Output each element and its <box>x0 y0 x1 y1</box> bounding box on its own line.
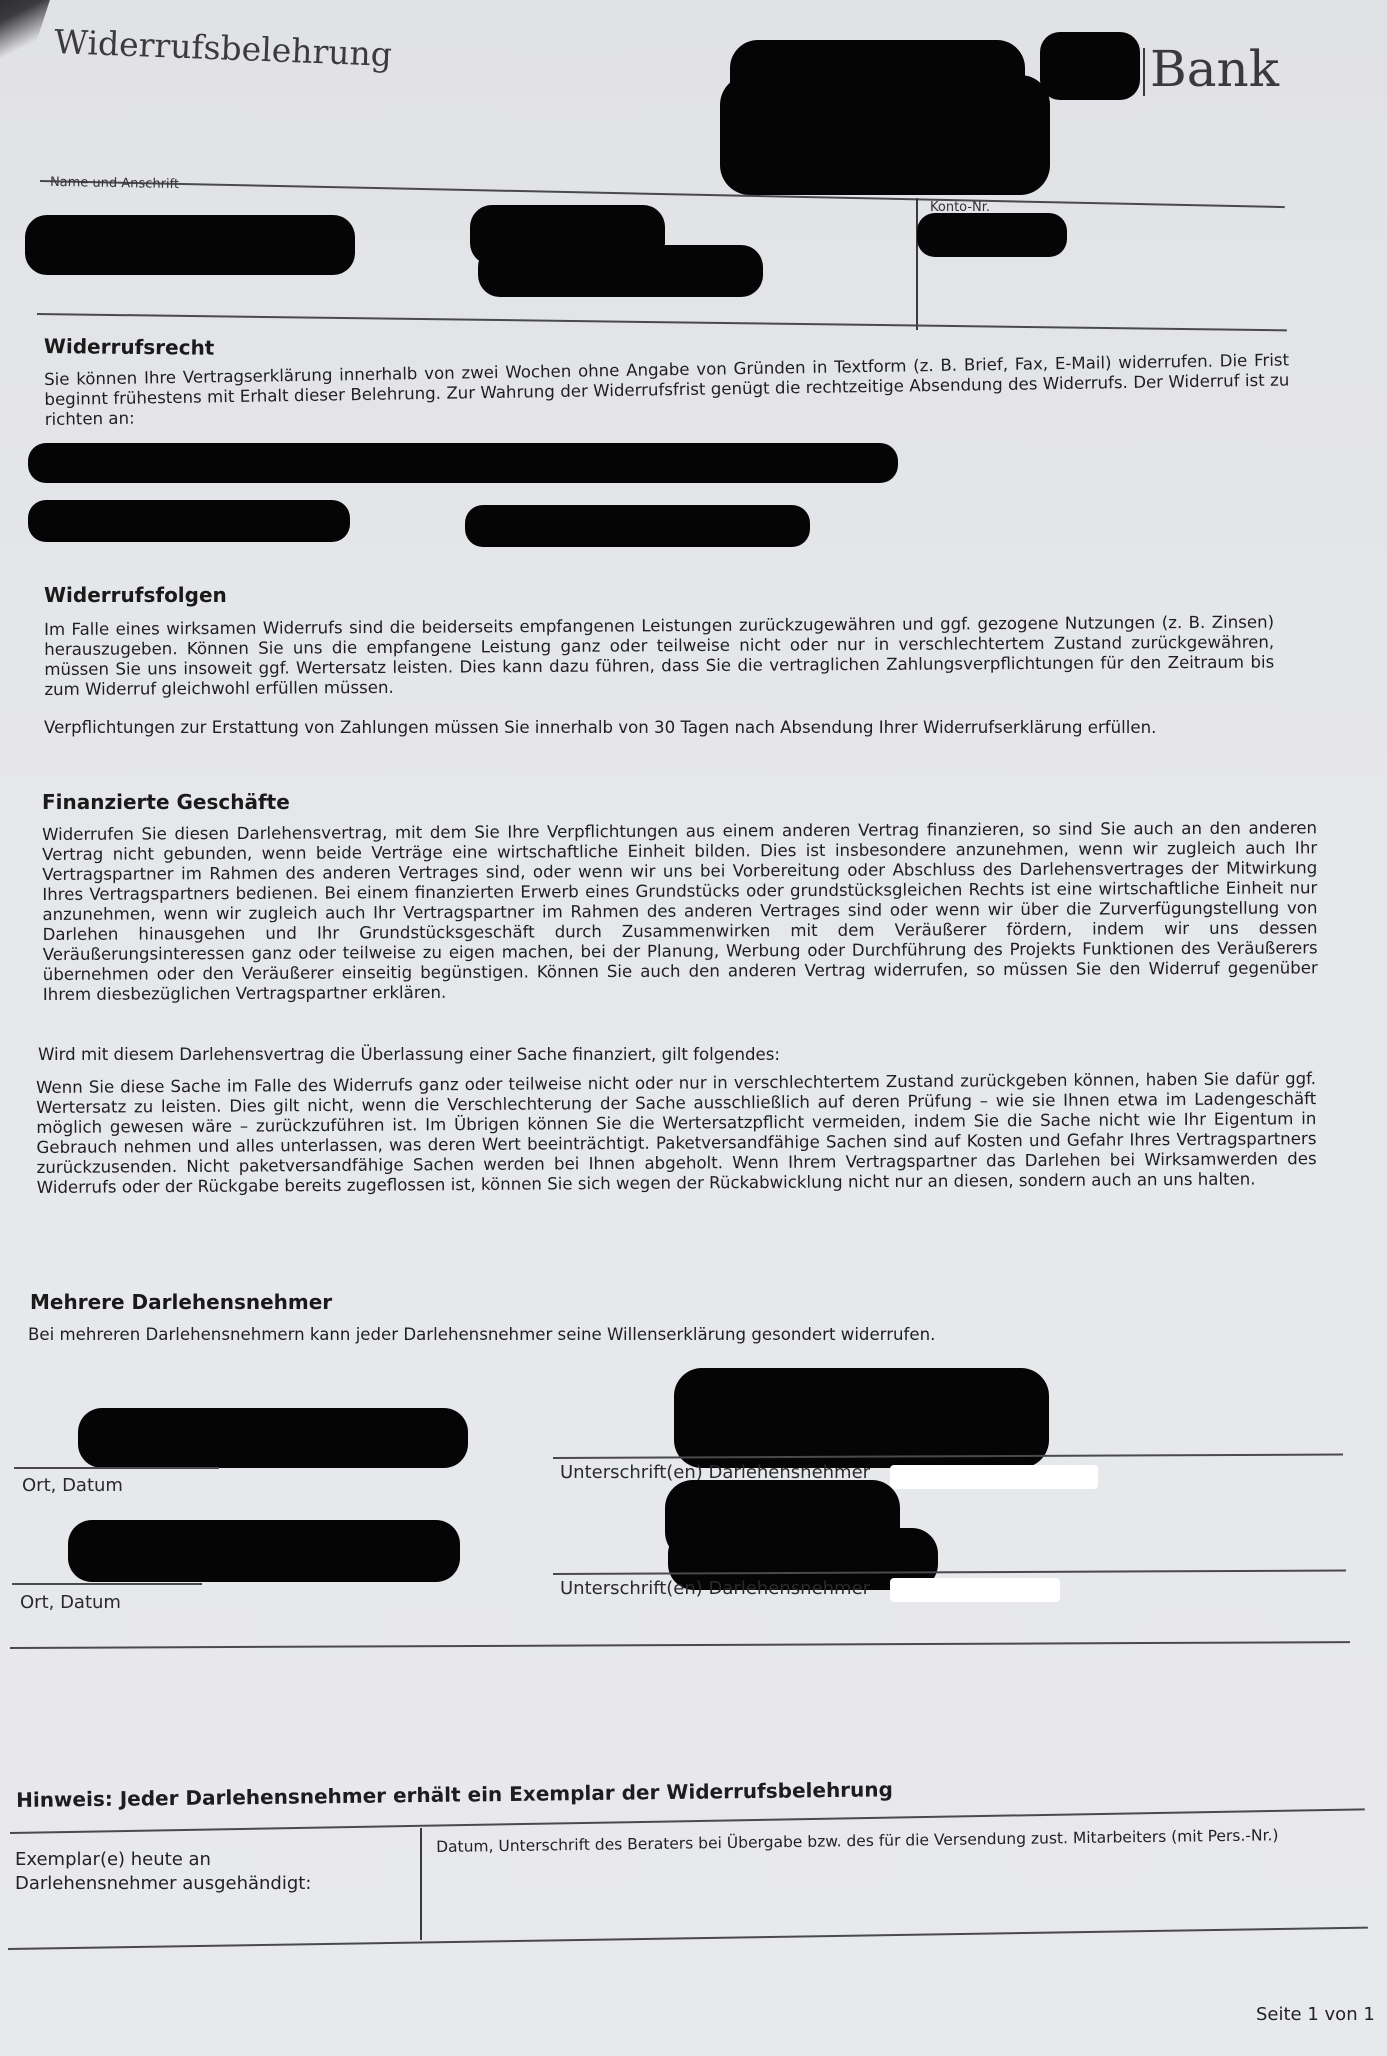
section-heading-multiple-borrowers: Mehrere Darlehensnehmer <box>30 1290 332 1314</box>
withdrawal-right-text: Sie können Ihre Vertragserklärung innerh… <box>44 350 1290 430</box>
place-date-line-2 <box>12 1583 202 1585</box>
redacted-place-date-2 <box>68 1520 460 1582</box>
redacted-bank-logo <box>1040 32 1140 100</box>
section-heading-withdrawal-consequences: Widerrufsfolgen <box>44 583 227 607</box>
redacted-customer-name <box>25 215 355 275</box>
redacted-borrower-signature-1 <box>674 1368 1049 1468</box>
place-date-line-1 <box>14 1467 219 1469</box>
redacted-bank-address <box>720 75 1050 195</box>
financed-transactions-text-3: Wenn Sie diese Sache im Falle des Widerr… <box>36 1069 1317 1198</box>
redacted-customer-address <box>478 245 763 297</box>
hint-heading: Hinweis: Jeder Darlehensnehmer erhält ei… <box>16 1777 893 1812</box>
multiple-borrowers-text: Bei mehreren Darlehensnehmern kann jeder… <box>28 1325 935 1345</box>
redacted-borrower-name-1 <box>890 1465 1098 1489</box>
bank-name: Bank <box>1150 40 1279 98</box>
redacted-account-number <box>917 213 1067 257</box>
hint-left-cell: Exemplar(e) heute an Darlehensnehmer aus… <box>15 1848 355 1896</box>
page-curl-shadow <box>0 0 52 79</box>
borrower-signature-label-2: Unterschrift(en) Darlehensnehmer <box>560 1578 870 1599</box>
financed-transactions-text: Widerrufen Sie diesen Darlehensvertrag, … <box>42 818 1318 1005</box>
redacted-place-date-1 <box>78 1408 468 1468</box>
place-date-label-1: Ort, Datum <box>22 1475 123 1496</box>
redacted-withdrawal-recipient <box>28 443 898 483</box>
withdrawal-consequences-text-2: Verpflichtungen zur Erstattung von Zahlu… <box>44 718 1156 738</box>
withdrawal-consequences-text: Im Falle eines wirksamen Widerrufs sind … <box>44 612 1274 700</box>
section-heading-withdrawal-right: Widerrufsrecht <box>44 334 215 360</box>
redacted-withdrawal-recipient-city <box>28 500 350 542</box>
header-top-rule <box>40 180 1285 208</box>
hint-table-bottom-rule <box>8 1927 1368 1950</box>
bank-logo-divider <box>1143 48 1145 96</box>
redacted-withdrawal-recipient-street <box>465 505 810 547</box>
hint-table-divider <box>420 1828 422 1940</box>
signature-section-bottom-rule <box>10 1641 1350 1649</box>
redacted-borrower-name-2 <box>890 1578 1060 1602</box>
hint-right-cell: Datum, Unterschrift des Beraters bei Übe… <box>436 1826 1279 1856</box>
place-date-label-2: Ort, Datum <box>20 1592 121 1613</box>
page-number: Seite 1 von 1 <box>1256 2004 1375 2025</box>
header-bottom-rule <box>37 313 1287 331</box>
header-vertical-divider <box>916 198 918 330</box>
section-heading-financed-transactions: Finanzierte Geschäfte <box>42 790 290 814</box>
document-title: Widerrufsbelehrung <box>54 22 393 74</box>
name-address-label: Name und Anschrift <box>50 175 179 192</box>
financed-transactions-text-2: Wird mit diesem Darlehensvertrag die Übe… <box>38 1045 780 1065</box>
document-page: Widerrufsbelehrung Bank Name und Anschri… <box>0 0 1387 2056</box>
